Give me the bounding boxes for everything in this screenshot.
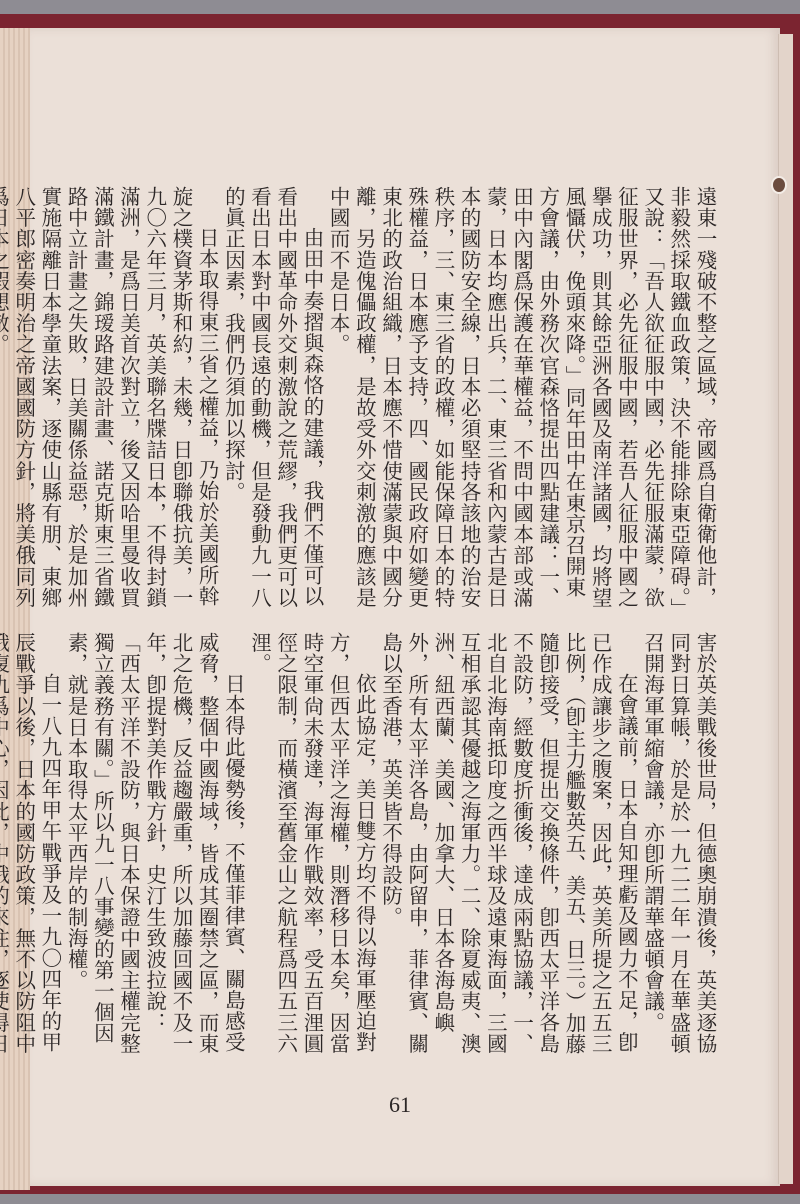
binding-hole [771, 176, 787, 194]
page-number: 61 [0, 1092, 800, 1118]
upper-text-block: 遠東一殘破不整之區域，帝國爲自衛衛他計，非毅然採取鐵血政策，決不能排除東亞障碍。… [0, 186, 718, 618]
paragraph: 由田中奏摺與森恪的建議，我們不僅可以看出中國革命外交刺激說之荒繆，我們更可以看出… [220, 186, 325, 618]
facing-page-edge [778, 34, 793, 1184]
paragraph: 依此協定，美日雙方均不得以海軍壓迫對方，但西太平洋之海權，則潛移日本矣，因當時空… [246, 632, 377, 1070]
paragraph: 日本取得東三省之權益，乃始於美國所斡旋之樸資茅斯和約，未幾，日卽聯俄抗美，一九〇… [0, 186, 220, 618]
lower-text-block: 害於英美戰後世局，但德奧崩潰後，英美逐協同對日算帳，於是於一九二二年一月在華盛頓… [0, 632, 718, 1070]
paragraph: 害於英美戰後世局，但德奧崩潰後，英美逐協同對日算帳，於是於一九二二年一月在華盛頓… [639, 632, 718, 1070]
paragraph: 日本得此優勢後，不僅菲律賓、關島感受威脅，整個中國海域，皆成其圈禁之區，而東北之… [63, 632, 246, 1070]
paragraph: 遠東一殘破不整之區域，帝國爲自衛衛他計，非毅然採取鐵血政策，決不能排除東亞障碍。… [325, 186, 718, 618]
paragraph: 自一八九四年甲午戰爭及一九〇四年的甲辰戰爭以後，日本的國防政策，無不以防阻中俄復… [0, 632, 63, 1070]
paragraph: 在會議前，日本自知理虧及國力不足，卽已作成讓步之腹案，因此，英美所提之五五三比例… [377, 632, 639, 1070]
